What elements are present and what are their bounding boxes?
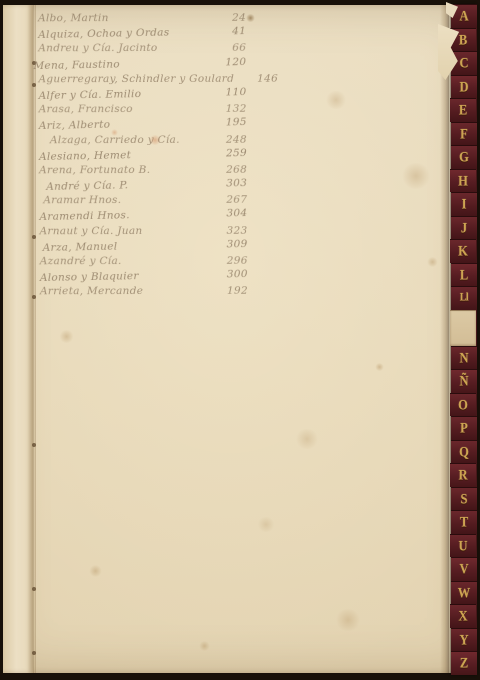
- tab-letter-label: C: [459, 56, 468, 70]
- entry-name: Alesiano, Hemet: [39, 147, 203, 162]
- letter-tab: P: [451, 416, 477, 440]
- index-entry-row: Andreu y Cía. Jacinto 66: [38, 40, 246, 56]
- foxing-stain: [246, 14, 255, 22]
- tab-letter-label: T: [460, 515, 468, 529]
- entry-page-number: 146: [234, 72, 278, 84]
- ledger-page: Albo, Martin 24 Alquiza, Ochoa y Ordas 4…: [3, 5, 475, 673]
- letter-tab: Z: [451, 651, 477, 675]
- scan-background: Albo, Martin 24 Alquiza, Ochoa y Ordas 4…: [0, 0, 480, 680]
- stitch-dot: [32, 587, 36, 591]
- letter-tab: R: [450, 463, 476, 487]
- entry-name: Aramendi Hnos.: [39, 208, 203, 223]
- tab-letter-label: Y: [459, 633, 468, 647]
- index-entry-row: Arrieta, Mercande 192: [40, 283, 248, 299]
- index-entry-row: Aramendi Hnos. 304: [39, 205, 247, 224]
- stitch-dot: [32, 443, 36, 447]
- entry-page-number: 268: [203, 163, 247, 175]
- entry-name: Arza, Manuel: [43, 238, 204, 253]
- entry-name: Alquiza, Ochoa y Ordas: [38, 26, 202, 41]
- tab-letter-label: H: [458, 174, 468, 188]
- tab-letter-label: V: [459, 562, 468, 576]
- entry-page-number: 120: [202, 55, 246, 68]
- entry-name: Azandré y Cía.: [40, 254, 204, 266]
- entry-name: Arena, Fortunato B.: [39, 163, 203, 175]
- letter-tab: L: [451, 263, 477, 287]
- entry-page-number: 300: [204, 268, 248, 281]
- letter-tab: X: [450, 604, 476, 628]
- letter-tab: [450, 310, 476, 346]
- tab-letter-label: O: [458, 398, 468, 412]
- entry-name: Ariz, Alberto: [39, 117, 203, 132]
- entry-name: Andreu y Cía. Jacinto: [38, 42, 202, 54]
- letter-tab: H: [450, 169, 476, 193]
- tab-letter-label: B: [459, 33, 467, 47]
- tab-letter-label: G: [459, 150, 469, 164]
- foxing-stain: [89, 565, 102, 577]
- foxing-stain: [199, 641, 210, 651]
- letter-tab: I: [451, 192, 477, 216]
- entry-page-number: 66: [202, 42, 246, 54]
- entry-page-number: 304: [203, 207, 247, 220]
- entry-name: Alonso y Blaquier: [40, 269, 204, 284]
- entry-page-number: 132: [203, 102, 247, 114]
- tab-letter-label: F: [460, 127, 468, 141]
- tab-letter-label: W: [458, 586, 471, 600]
- entry-page-number: 110: [202, 86, 246, 99]
- foxing-stain: [375, 363, 384, 371]
- letter-tab: G: [451, 145, 477, 169]
- foxing-stain: [335, 609, 361, 631]
- entry-name: Aramar Hnos.: [43, 194, 203, 206]
- entry-name: Aguerregaray, Schindler y Goulard: [38, 72, 234, 85]
- tab-letter-label: E: [459, 103, 467, 117]
- entry-page-number: 296: [204, 254, 248, 266]
- index-entry-list: Albo, Martin 24 Alquiza, Ochoa y Ordas 4…: [38, 9, 248, 299]
- tab-letter-label: P: [460, 421, 468, 435]
- tab-letter-label: I: [462, 197, 467, 211]
- entry-name: Arasa, Francisco: [39, 103, 203, 115]
- binding-fold-line: [33, 5, 36, 673]
- foxing-stain: [295, 429, 319, 449]
- letter-tab: E: [450, 98, 476, 122]
- stitch-dot: [32, 235, 36, 239]
- foxing-stain: [401, 163, 431, 189]
- letter-tab: Ll: [451, 286, 477, 310]
- tab-letter-label: L: [460, 268, 468, 282]
- tab-letter-label: X: [458, 609, 467, 623]
- tab-letter-label: A: [459, 9, 468, 23]
- letter-tab: F: [451, 122, 477, 146]
- tab-letter-label: N: [459, 351, 468, 365]
- entry-name: Arrieta, Mercande: [40, 285, 204, 297]
- entry-page-number: 192: [204, 285, 248, 297]
- index-entry-row: Alzaga, Carriedo y Cía. 248: [50, 131, 247, 147]
- entry-page-number: 248: [203, 133, 247, 145]
- letter-tab: U: [450, 534, 476, 558]
- entry-name: Albo, Martin: [38, 11, 202, 23]
- entry-name: Alfer y Cía. Emilio: [38, 86, 202, 101]
- tab-letter-label: K: [458, 244, 468, 258]
- tab-letter-label: Ñ: [459, 374, 468, 388]
- entry-page-number: 24: [202, 11, 246, 23]
- tab-letter-label: R: [458, 468, 467, 482]
- entry-page-number: 41: [202, 25, 246, 38]
- tab-letter-label: U: [458, 539, 467, 553]
- page-edge-crease: [440, 5, 449, 673]
- entry-name: Arnaut y Cía. Juan: [40, 224, 204, 236]
- tab-letter-label: Ll: [460, 293, 468, 305]
- entry-name: André y Cía. P.: [46, 178, 203, 193]
- entry-name: Alzaga, Carriedo y Cía.: [50, 133, 203, 145]
- tab-letter-label: D: [459, 80, 468, 94]
- entry-page-number: 267: [203, 194, 247, 206]
- tab-letter-label: J: [461, 221, 467, 235]
- alphabet-tab-strip: A B C D E F G: [451, 4, 477, 675]
- entry-page-number: 309: [204, 237, 248, 250]
- letter-tab: D: [451, 75, 477, 99]
- letter-tab: N: [451, 346, 477, 370]
- letter-tab: K: [450, 239, 476, 263]
- index-entry-row: Ariz, Alberto 195: [39, 114, 247, 133]
- letter-tab: V: [451, 557, 477, 581]
- entry-page-number: 323: [204, 224, 248, 236]
- foxing-stain: [427, 257, 438, 267]
- foxing-stain: [325, 91, 347, 109]
- entry-page-number: 195: [203, 116, 247, 129]
- entry-page-number: 303: [203, 177, 247, 190]
- letter-tab: Y: [451, 628, 477, 652]
- letter-tab: O: [450, 393, 476, 417]
- stitch-dot: [32, 83, 36, 87]
- letter-tab: J: [451, 216, 477, 240]
- entry-page-number: 259: [203, 146, 247, 159]
- stitch-dot: [32, 651, 36, 655]
- tab-letter-label: Q: [459, 445, 469, 459]
- letter-tab: Ñ: [451, 369, 477, 393]
- letter-tab: W: [451, 581, 477, 605]
- letter-tab: Q: [451, 440, 477, 464]
- foxing-stain: [257, 517, 275, 532]
- foxing-stain: [59, 330, 74, 343]
- entry-name: Mena, Faustino: [33, 56, 202, 71]
- tab-letter-label: Z: [460, 656, 468, 670]
- letter-tab: S: [451, 487, 477, 511]
- stitch-dot: [32, 295, 36, 299]
- tab-letter-label: S: [461, 492, 468, 506]
- letter-tab: T: [451, 510, 477, 534]
- page-gutter: [3, 5, 33, 673]
